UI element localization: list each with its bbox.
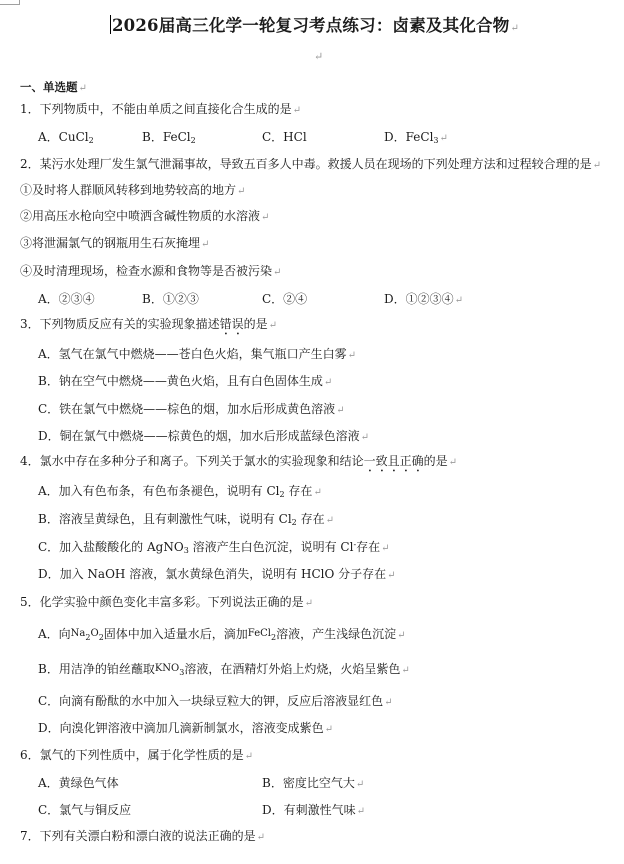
- option-text: B．用洁净的铂丝蘸取: [38, 662, 155, 676]
- option-text: B．钠在空气中燃烧——黄色火焰，且有白色固体生成: [38, 374, 323, 388]
- paragraph-mark-icon: ↵: [384, 697, 392, 708]
- question-4-stem: 4．氯水中存在多种分子和离子。下列关于氯水的实验现象和结论一致且正确的是↵: [20, 454, 457, 475]
- question-4-option-b: B．溶液呈黄绿色，且有刺激性气味，说明有 Cl2 存在↵: [38, 512, 334, 528]
- item-text: ③将泄漏氯气的钢瓶用生石灰掩埋: [20, 236, 200, 250]
- option-text: B．FeCl: [142, 130, 191, 144]
- paragraph-mark-icon: ↵: [326, 515, 334, 526]
- paragraph-mark-icon: ↵: [261, 212, 269, 223]
- paragraph-mark-icon: ↵: [201, 239, 209, 250]
- paragraph-mark-icon: ↵: [336, 405, 344, 416]
- question-4-option-a: A．加入有色布条，有色布条褪色，说明有 Cl2 存在↵: [38, 484, 322, 500]
- paragraph-mark-icon: ↵: [273, 267, 281, 278]
- paragraph-mark-icon: ↵: [313, 487, 321, 498]
- question-5-option-a: A．向Na2O2固体中加入适量水后，滴加FeCl2溶液，产生浅绿色沉淀↵: [38, 627, 405, 643]
- question-2-option-b: B．①②③: [142, 292, 199, 306]
- paragraph-mark-icon: ↵: [237, 186, 245, 197]
- paragraph-mark-icon: ↵: [325, 724, 333, 735]
- subscript: 2: [191, 136, 196, 145]
- question-6-stem: 6．氯气的下列性质中，属于化学性质的是↵: [20, 748, 253, 764]
- option-text: A．氢气在氯气中燃烧——苍白色火焰，集气瓶口产生白雾: [38, 347, 347, 361]
- option-text: 溶液产生白色沉淀，说明有 Cl: [189, 540, 354, 554]
- option-text: C．②④: [262, 292, 307, 306]
- paragraph-mark-icon: ↵: [314, 50, 323, 63]
- option-text: 溶液，产生浅绿色沉淀: [276, 627, 396, 641]
- page-corner-mark: [0, 0, 20, 5]
- item-text: ②用高压水枪向空中喷洒含碱性物质的水溶液: [20, 209, 260, 223]
- option-text: A．加入有色布条，有色布条褪色，说明有 Cl: [38, 484, 280, 498]
- option-text: D．铜在氯气中燃烧——棕黄色的烟，加水后形成蓝绿色溶液: [38, 429, 360, 443]
- stem-text: 的是: [244, 317, 268, 331]
- stem-text: 1．下列物质中，不能由单质之间直接化合生成的是: [20, 102, 292, 116]
- question-1-option-a: A．CuCl2: [38, 130, 94, 144]
- question-2-option-d: D．①②③④↵: [384, 292, 463, 308]
- paragraph-mark-icon: ↵: [397, 630, 405, 641]
- paragraph-mark-icon: ↵: [440, 133, 448, 144]
- stem-text: 2．某污水处理厂发生氯气泄漏事故，导致五百多人中毒。救援人员在现场的下列处理方法…: [20, 157, 592, 171]
- paragraph-mark-icon: ↵: [348, 350, 356, 361]
- question-2-item-4: ④及时清理现场，检查水源和食物等是否被污染↵: [20, 264, 281, 280]
- option-text: D．有刺激性气味: [262, 803, 356, 817]
- question-5-option-b: B．用洁净的铂丝蘸取KNO3溶液，在酒精灯外焰上灼烧，火焰呈紫色↵: [38, 662, 410, 678]
- stem-text: 的是: [424, 454, 448, 468]
- paragraph-mark-icon: ↵: [305, 598, 313, 609]
- option-text: 存在: [356, 540, 380, 554]
- item-text: ④及时清理现场，检查水源和食物等是否被污染: [20, 264, 272, 278]
- paragraph-mark-icon: ↵: [257, 832, 265, 843]
- question-2-option-c: C．②④: [262, 292, 307, 306]
- paragraph-mark-icon: ↵: [357, 806, 365, 817]
- question-5-option-d: D．向溴化钾溶液中滴加几滴新制氯水，溶液变成紫色↵: [38, 721, 333, 737]
- stem-text: 5．化学实验中颜色变化丰富多彩。下列说法正确的是: [20, 595, 304, 609]
- option-text: 固体中加入适量水后，滴加: [104, 627, 248, 641]
- emphasized-text: 一致且正确: [364, 454, 424, 468]
- question-1-option-b: B．FeCl2: [142, 130, 196, 144]
- question-1-option-c: C．HCl: [262, 130, 307, 144]
- question-5-option-c: C．向滴有酚酞的水中加入一块绿豆粒大的钾，反应后溶液显红色↵: [38, 694, 393, 710]
- paragraph-mark-icon: ↵: [269, 320, 277, 331]
- question-6-option-c: C．氯气与铜反应: [38, 803, 131, 817]
- formula: Na: [71, 628, 86, 639]
- question-2-item-3: ③将泄漏氯气的钢瓶用生石灰掩埋↵: [20, 236, 209, 252]
- paragraph-mark-icon: ↵: [449, 457, 457, 468]
- option-text: C．加入盐酸酸化的 AgNO: [38, 540, 184, 554]
- emphasized-text: 错误: [220, 317, 244, 331]
- stem-text: 4．氯水中存在多种分子和离子。下列关于氯水的实验现象和结论: [20, 454, 364, 468]
- question-3-option-a: A．氢气在氯气中燃烧——苍白色火焰，集气瓶口产生白雾↵: [38, 347, 356, 363]
- question-7-stem: 7．下列有关漂白粉和漂白液的说法正确的是↵: [20, 829, 265, 845]
- option-text: A．CuCl: [38, 130, 89, 144]
- stem-text: 7．下列有关漂白粉和漂白液的说法正确的是: [20, 829, 256, 843]
- stem-text: 3．下列物质反应有关的实验现象描述: [20, 317, 220, 331]
- question-6-option-b: B．密度比空气大↵: [262, 776, 364, 792]
- paragraph-mark-icon: ↵: [324, 377, 332, 388]
- question-6-option-d: D．有刺激性气味↵: [262, 803, 365, 819]
- subscript: 2: [89, 136, 94, 145]
- question-2-item-1: ①及时将人群顺风转移到地势较高的地方↵: [20, 183, 245, 199]
- paragraph-mark-icon: ↵: [293, 105, 301, 116]
- option-text: B．①②③: [142, 292, 199, 306]
- option-text: A．②③④: [38, 292, 95, 306]
- option-text: C．向滴有酚酞的水中加入一块绿豆粒大的钾，反应后溶液显红色: [38, 694, 383, 708]
- section-heading-text: 一、单选题: [20, 80, 78, 94]
- paragraph-mark-icon: ↵: [381, 543, 389, 554]
- paragraph-mark-icon: ↵: [510, 23, 519, 34]
- question-4-option-d: D．加入 NaOH 溶液，氯水黄绿色消失，说明有 HClO 分子存在↵: [38, 567, 396, 583]
- question-2-stem: 2．某污水处理厂发生氯气泄漏事故，导致五百多人中毒。救援人员在现场的下列处理方法…: [20, 157, 601, 173]
- question-3-option-d: D．铜在氯气中燃烧——棕黄色的烟，加水后形成蓝绿色溶液↵: [38, 429, 369, 445]
- option-text: C．HCl: [262, 130, 307, 144]
- question-1-option-d: D．FeCl3↵: [384, 130, 448, 146]
- paragraph-mark-icon: ↵: [361, 432, 369, 443]
- question-4-option-c: C．加入盐酸酸化的 AgNO3 溶液产生白色沉淀，说明有 Cl-存在↵: [38, 540, 390, 556]
- stem-text: 6．氯气的下列性质中，属于化学性质的是: [20, 748, 244, 762]
- option-text: C．铁在氯气中燃烧——棕色的烟，加水后形成黄色溶液: [38, 402, 335, 416]
- paragraph-mark-icon: ↵: [387, 570, 395, 581]
- option-text: C．氯气与铜反应: [38, 803, 131, 817]
- paragraph-mark-icon: ↵: [245, 751, 253, 762]
- option-text: D．FeCl: [384, 130, 433, 144]
- paragraph-mark-icon: ↵: [401, 665, 409, 676]
- question-2-item-2: ②用高压水枪向空中喷洒含碱性物质的水溶液↵: [20, 209, 269, 225]
- question-6-option-a: A．黄绿色气体: [38, 776, 119, 790]
- paragraph-mark-icon: ↵: [79, 83, 87, 94]
- option-text: D．①②③④: [384, 292, 454, 306]
- option-text: B．密度比空气大: [262, 776, 355, 790]
- question-3-option-c: C．铁在氯气中燃烧——棕色的烟，加水后形成黄色溶液↵: [38, 402, 345, 418]
- option-text: 存在: [297, 512, 325, 526]
- question-1-stem: 1．下列物质中，不能由单质之间直接化合生成的是↵: [20, 102, 301, 118]
- paragraph-mark-icon: ↵: [356, 779, 364, 790]
- option-text: 存在: [285, 484, 313, 498]
- question-2-option-a: A．②③④: [38, 292, 95, 306]
- option-text: A．向: [38, 627, 71, 641]
- formula: O: [90, 628, 98, 639]
- formula: KNO: [155, 663, 179, 674]
- question-3-option-b: B．钠在空气中燃烧——黄色火焰，且有白色固体生成↵: [38, 374, 332, 390]
- paragraph-mark-icon: ↵: [593, 160, 601, 171]
- option-text: 溶液，在酒精灯外焰上灼烧，火焰呈紫色: [184, 662, 400, 676]
- document-title: 2026届高三化学一轮复习考点练习：卤素及其化合物↵: [110, 12, 519, 36]
- text-cursor: [110, 15, 111, 34]
- option-text: D．加入 NaOH 溶液，氯水黄绿色消失，说明有 HClO 分子存在: [38, 567, 386, 581]
- option-text: D．向溴化钾溶液中滴加几滴新制氯水，溶液变成紫色: [38, 721, 324, 735]
- subscript: 3: [433, 136, 438, 145]
- section-heading: 一、单选题↵: [20, 80, 87, 96]
- question-3-stem: 3．下列物质反应有关的实验现象描述错误的是↵: [20, 317, 277, 338]
- option-text: A．黄绿色气体: [38, 776, 119, 790]
- item-text: ①及时将人群顺风转移到地势较高的地方: [20, 183, 236, 197]
- title-text: 2026届高三化学一轮复习考点练习：卤素及其化合物: [112, 16, 509, 35]
- option-text: B．溶液呈黄绿色，且有刺激性气味，说明有 Cl: [38, 512, 292, 526]
- question-5-stem: 5．化学实验中颜色变化丰富多彩。下列说法正确的是↵: [20, 595, 313, 611]
- formula: FeCl: [248, 628, 271, 639]
- paragraph-mark-icon: ↵: [455, 295, 463, 306]
